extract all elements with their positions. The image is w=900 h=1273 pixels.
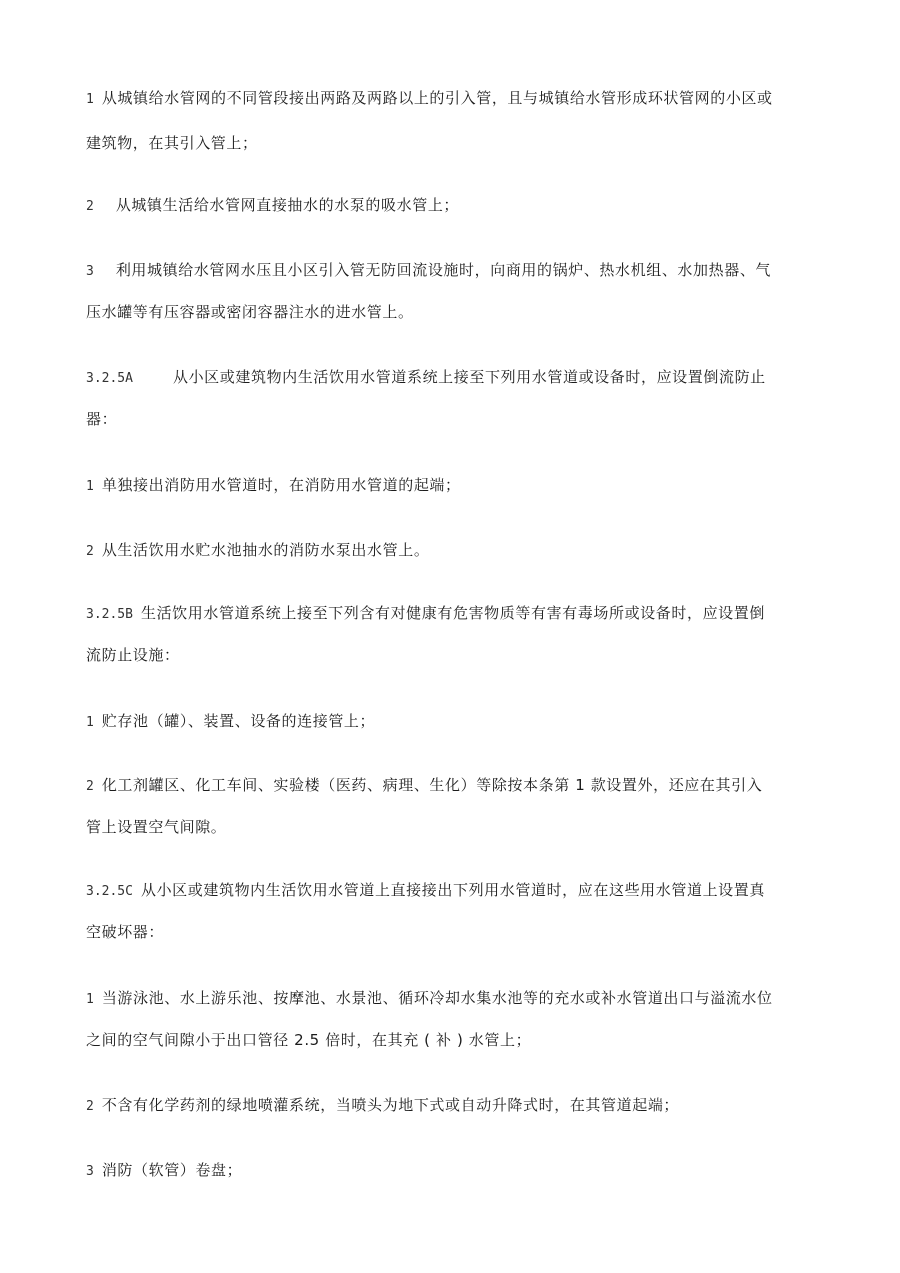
paragraph-item-1-line-2: 建筑物，在其引入管上； — [86, 133, 258, 153]
paragraph-text: 利用城镇给水管网水压且小区引入管无防回流设施时，向商用的锅炉、热水机组、水加热器… — [116, 261, 771, 279]
paragraph-text: 压水罐等有压容器或密闭容器注水的进水管上。 — [86, 303, 414, 321]
item-number: 1 — [86, 479, 94, 494]
clause-c-item-1-line-1: 1当游泳池、水上游乐池、按摩池、水景池、循环冷却水集水池等的充水或补水管道出口与… — [86, 988, 773, 1010]
clause-3-2-5c-line-2: 空破坏器： — [86, 922, 164, 942]
paragraph-text: 生活饮用水管道系统上接至下列含有对健康有危害物质等有害有毒场所或设备时，应设置倒 — [141, 604, 765, 622]
clause-a-item-2: 2从生活饮用水贮水池抽水的消防水泵出水管上。 — [86, 540, 429, 562]
paragraph-item-3-line-1: 3利用城镇给水管网水压且小区引入管无防回流设施时，向商用的锅炉、热水机组、水加热… — [86, 260, 771, 282]
paragraph-text: 从生活饮用水贮水池抽水的消防水泵出水管上。 — [102, 541, 430, 559]
paragraph-text: 之间的空气间隙小于出口管径 2.5 倍时，在其充 ( 补 ) 水管上； — [86, 1031, 531, 1049]
item-number: 1 — [86, 992, 94, 1007]
clause-3-2-5b-line-2: 流防止设施： — [86, 645, 180, 665]
clause-number: 3.2.5A — [86, 371, 133, 386]
item-number: 2 — [86, 544, 94, 559]
paragraph-text: 化工剂罐区、化工车间、实验楼（医药、病理、生化）等除按本条第 1 款设置外，还应… — [102, 776, 762, 794]
clause-3-2-5c-line-1: 3.2.5C从小区或建筑物内生活饮用水管道上直接接出下列用水管道时，应在这些用水… — [86, 880, 765, 902]
item-number: 1 — [86, 92, 94, 107]
clause-3-2-5b-line-1: 3.2.5B生活饮用水管道系统上接至下列含有对健康有危害物质等有害有毒场所或设备… — [86, 603, 765, 625]
paragraph-text: 器： — [86, 410, 117, 428]
clause-b-item-2-line-1: 2化工剂罐区、化工车间、实验楼（医药、病理、生化）等除按本条第 1 款设置外，还… — [86, 775, 762, 797]
paragraph-text: 消防（软管）卷盘； — [102, 1161, 242, 1179]
paragraph-item-2-line-1: 2从城镇生活给水管网直接抽水的水泵的吸水管上； — [86, 195, 459, 217]
clause-a-item-1: 1单独接出消防用水管道时，在消防用水管道的起端； — [86, 475, 461, 497]
clause-c-item-1-line-2: 之间的空气间隙小于出口管径 2.5 倍时，在其充 ( 补 ) 水管上； — [86, 1030, 531, 1050]
item-number: 3 — [86, 264, 94, 279]
paragraph-text: 当游泳池、水上游乐池、按摩池、水景池、循环冷却水集水池等的充水或补水管道出口与溢… — [102, 989, 773, 1007]
paragraph-item-1-line-1: 1从城镇给水管网的不同管段接出两路及两路以上的引入管，且与城镇给水管形成环状管网… — [86, 88, 773, 110]
item-number: 2 — [86, 779, 94, 794]
paragraph-text: 建筑物，在其引入管上； — [86, 134, 258, 152]
item-number: 2 — [86, 199, 94, 214]
item-number: 1 — [86, 715, 94, 730]
paragraph-text: 不含有化学药剂的绿地喷灌系统，当喷头为地下式或自动升降式时，在其管道起端； — [102, 1096, 679, 1114]
clause-number: 3.2.5B — [86, 607, 133, 622]
clause-b-item-2-line-2: 管上设置空气间隙。 — [86, 817, 226, 837]
paragraph-text: 从城镇给水管网的不同管段接出两路及两路以上的引入管，且与城镇给水管形成环状管网的… — [102, 89, 773, 107]
clause-c-item-3: 3消防（软管）卷盘； — [86, 1160, 242, 1182]
clause-b-item-1: 1贮存池（罐）、装置、设备的连接管上； — [86, 711, 375, 733]
clause-3-2-5a-line-2: 器： — [86, 409, 117, 429]
paragraph-text: 管上设置空气间隙。 — [86, 818, 226, 836]
paragraph-text: 从小区或建筑物内生活饮用水管道系统上接至下列用水管道或设备时，应设置倒流防止 — [173, 368, 766, 386]
paragraph-text: 贮存池（罐）、装置、设备的连接管上； — [102, 712, 375, 730]
paragraph-text: 流防止设施： — [86, 646, 180, 664]
item-number: 3 — [86, 1164, 94, 1179]
document-page: 1从城镇给水管网的不同管段接出两路及两路以上的引入管，且与城镇给水管形成环状管网… — [0, 0, 900, 1273]
paragraph-text: 单独接出消防用水管道时，在消防用水管道的起端； — [102, 476, 461, 494]
clause-3-2-5a-line-1: 3.2.5A从小区或建筑物内生活饮用水管道系统上接至下列用水管道或设备时，应设置… — [86, 367, 766, 389]
item-number: 2 — [86, 1099, 94, 1114]
clause-c-item-2: 2不含有化学药剂的绿地喷灌系统，当喷头为地下式或自动升降式时，在其管道起端； — [86, 1095, 679, 1117]
paragraph-text: 从城镇生活给水管网直接抽水的水泵的吸水管上； — [116, 196, 459, 214]
clause-number: 3.2.5C — [86, 884, 133, 899]
paragraph-item-3-line-2: 压水罐等有压容器或密闭容器注水的进水管上。 — [86, 302, 414, 322]
paragraph-text: 空破坏器： — [86, 923, 164, 941]
paragraph-text: 从小区或建筑物内生活饮用水管道上直接接出下列用水管道时，应在这些用水管道上设置真 — [141, 881, 765, 899]
